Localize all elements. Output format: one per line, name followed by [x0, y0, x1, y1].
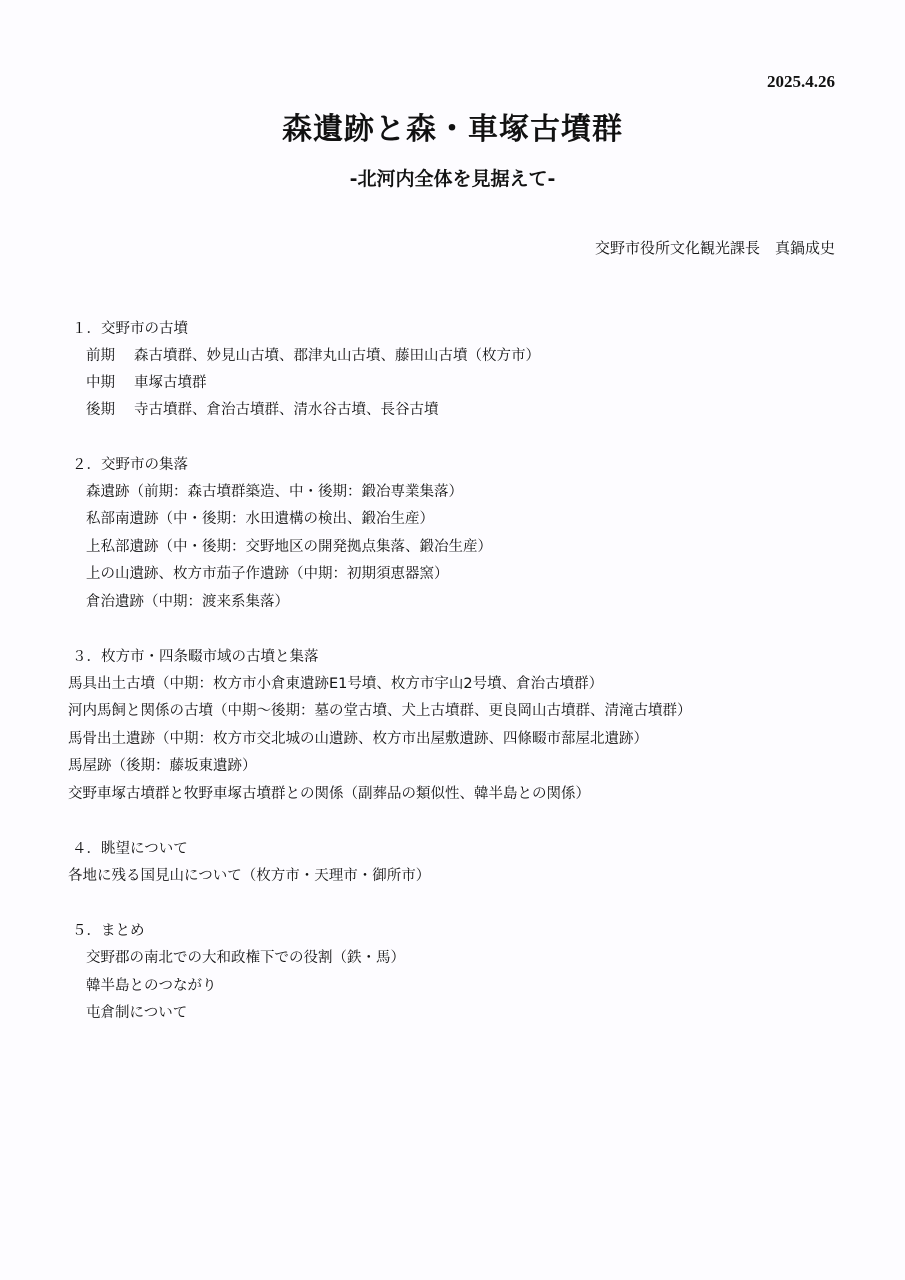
section-heading: ５．まとめ: [72, 921, 145, 941]
list-item: 森遺跡（前期：森古墳群築造、中・後期：鍛冶専業集落）: [86, 482, 463, 502]
list-item: 中期車塚古墳群: [86, 373, 207, 393]
list-item: 前期森古墳群、妙見山古墳、郡津丸山古墳、藤田山古墳（枚方市）: [86, 346, 540, 366]
list-item: 韓半島とのつながり: [86, 976, 217, 996]
section-heading: １．交野市の古墳: [72, 319, 188, 339]
list-item: 交野郡の南北での大和政権下での役割（鉄・馬）: [86, 948, 405, 968]
list-item: 河内馬飼と関係の古墳（中期～後期：墓の堂古墳、犬上古墳群、更良岡山古墳群、清滝古…: [68, 701, 692, 721]
item-text: 森古墳群、妙見山古墳、郡津丸山古墳、藤田山古墳（枚方市）: [134, 348, 540, 364]
document-title: 森遺跡と森・車塚古墳群: [0, 104, 905, 148]
list-item: 屯倉制について: [86, 1003, 187, 1023]
list-item: 私部南遺跡（中・後期：水田遺構の検出、鍛冶生産）: [86, 509, 434, 529]
section-heading: ４．眺望について: [72, 839, 188, 859]
list-item: 馬骨出土遺跡（中期：枚方市交北城の山遺跡、枚方市出屋敷遺跡、四條畷市蔀屋北遺跡）: [68, 729, 648, 749]
list-item: 各地に残る国見山について（枚方市・天理市・御所市）: [68, 866, 430, 886]
document-author: 交野市役所文化観光課長 真鍋成史: [595, 237, 835, 258]
era-label: 前期: [86, 346, 134, 366]
list-item: 交野車塚古墳群と牧野車塚古墳群との関係（副葬品の類似性、韓半島との関係）: [68, 784, 590, 804]
list-item: 上私部遺跡（中・後期：交野地区の開発拠点集落、鍛冶生産）: [86, 537, 492, 557]
section-heading: ２．交野市の集落: [72, 455, 188, 475]
list-item: 後期寺古墳群、倉治古墳群、清水谷古墳、長谷古墳: [86, 400, 439, 420]
era-label: 中期: [86, 373, 134, 393]
item-text: 車塚古墳群: [134, 375, 207, 391]
section-heading: ３．枚方市・四条畷市域の古墳と集落: [72, 647, 319, 667]
era-label: 後期: [86, 400, 134, 420]
list-item: 上の山遺跡、枚方市茄子作遺跡（中期：初期須恵器窯）: [86, 564, 449, 584]
document-date: 2025.4.26: [767, 72, 835, 92]
item-text: 寺古墳群、倉治古墳群、清水谷古墳、長谷古墳: [134, 402, 439, 418]
document-subtitle: -北河内全体を見据えて-: [0, 164, 905, 191]
list-item: 馬具出土古墳（中期：枚方市小倉東遺跡E1号墳、枚方市宇山2号墳、倉治古墳群）: [68, 674, 603, 694]
list-item: 倉治遺跡（中期：渡来系集落）: [86, 592, 289, 612]
list-item: 馬屋跡（後期：藤坂東遺跡）: [68, 756, 257, 776]
